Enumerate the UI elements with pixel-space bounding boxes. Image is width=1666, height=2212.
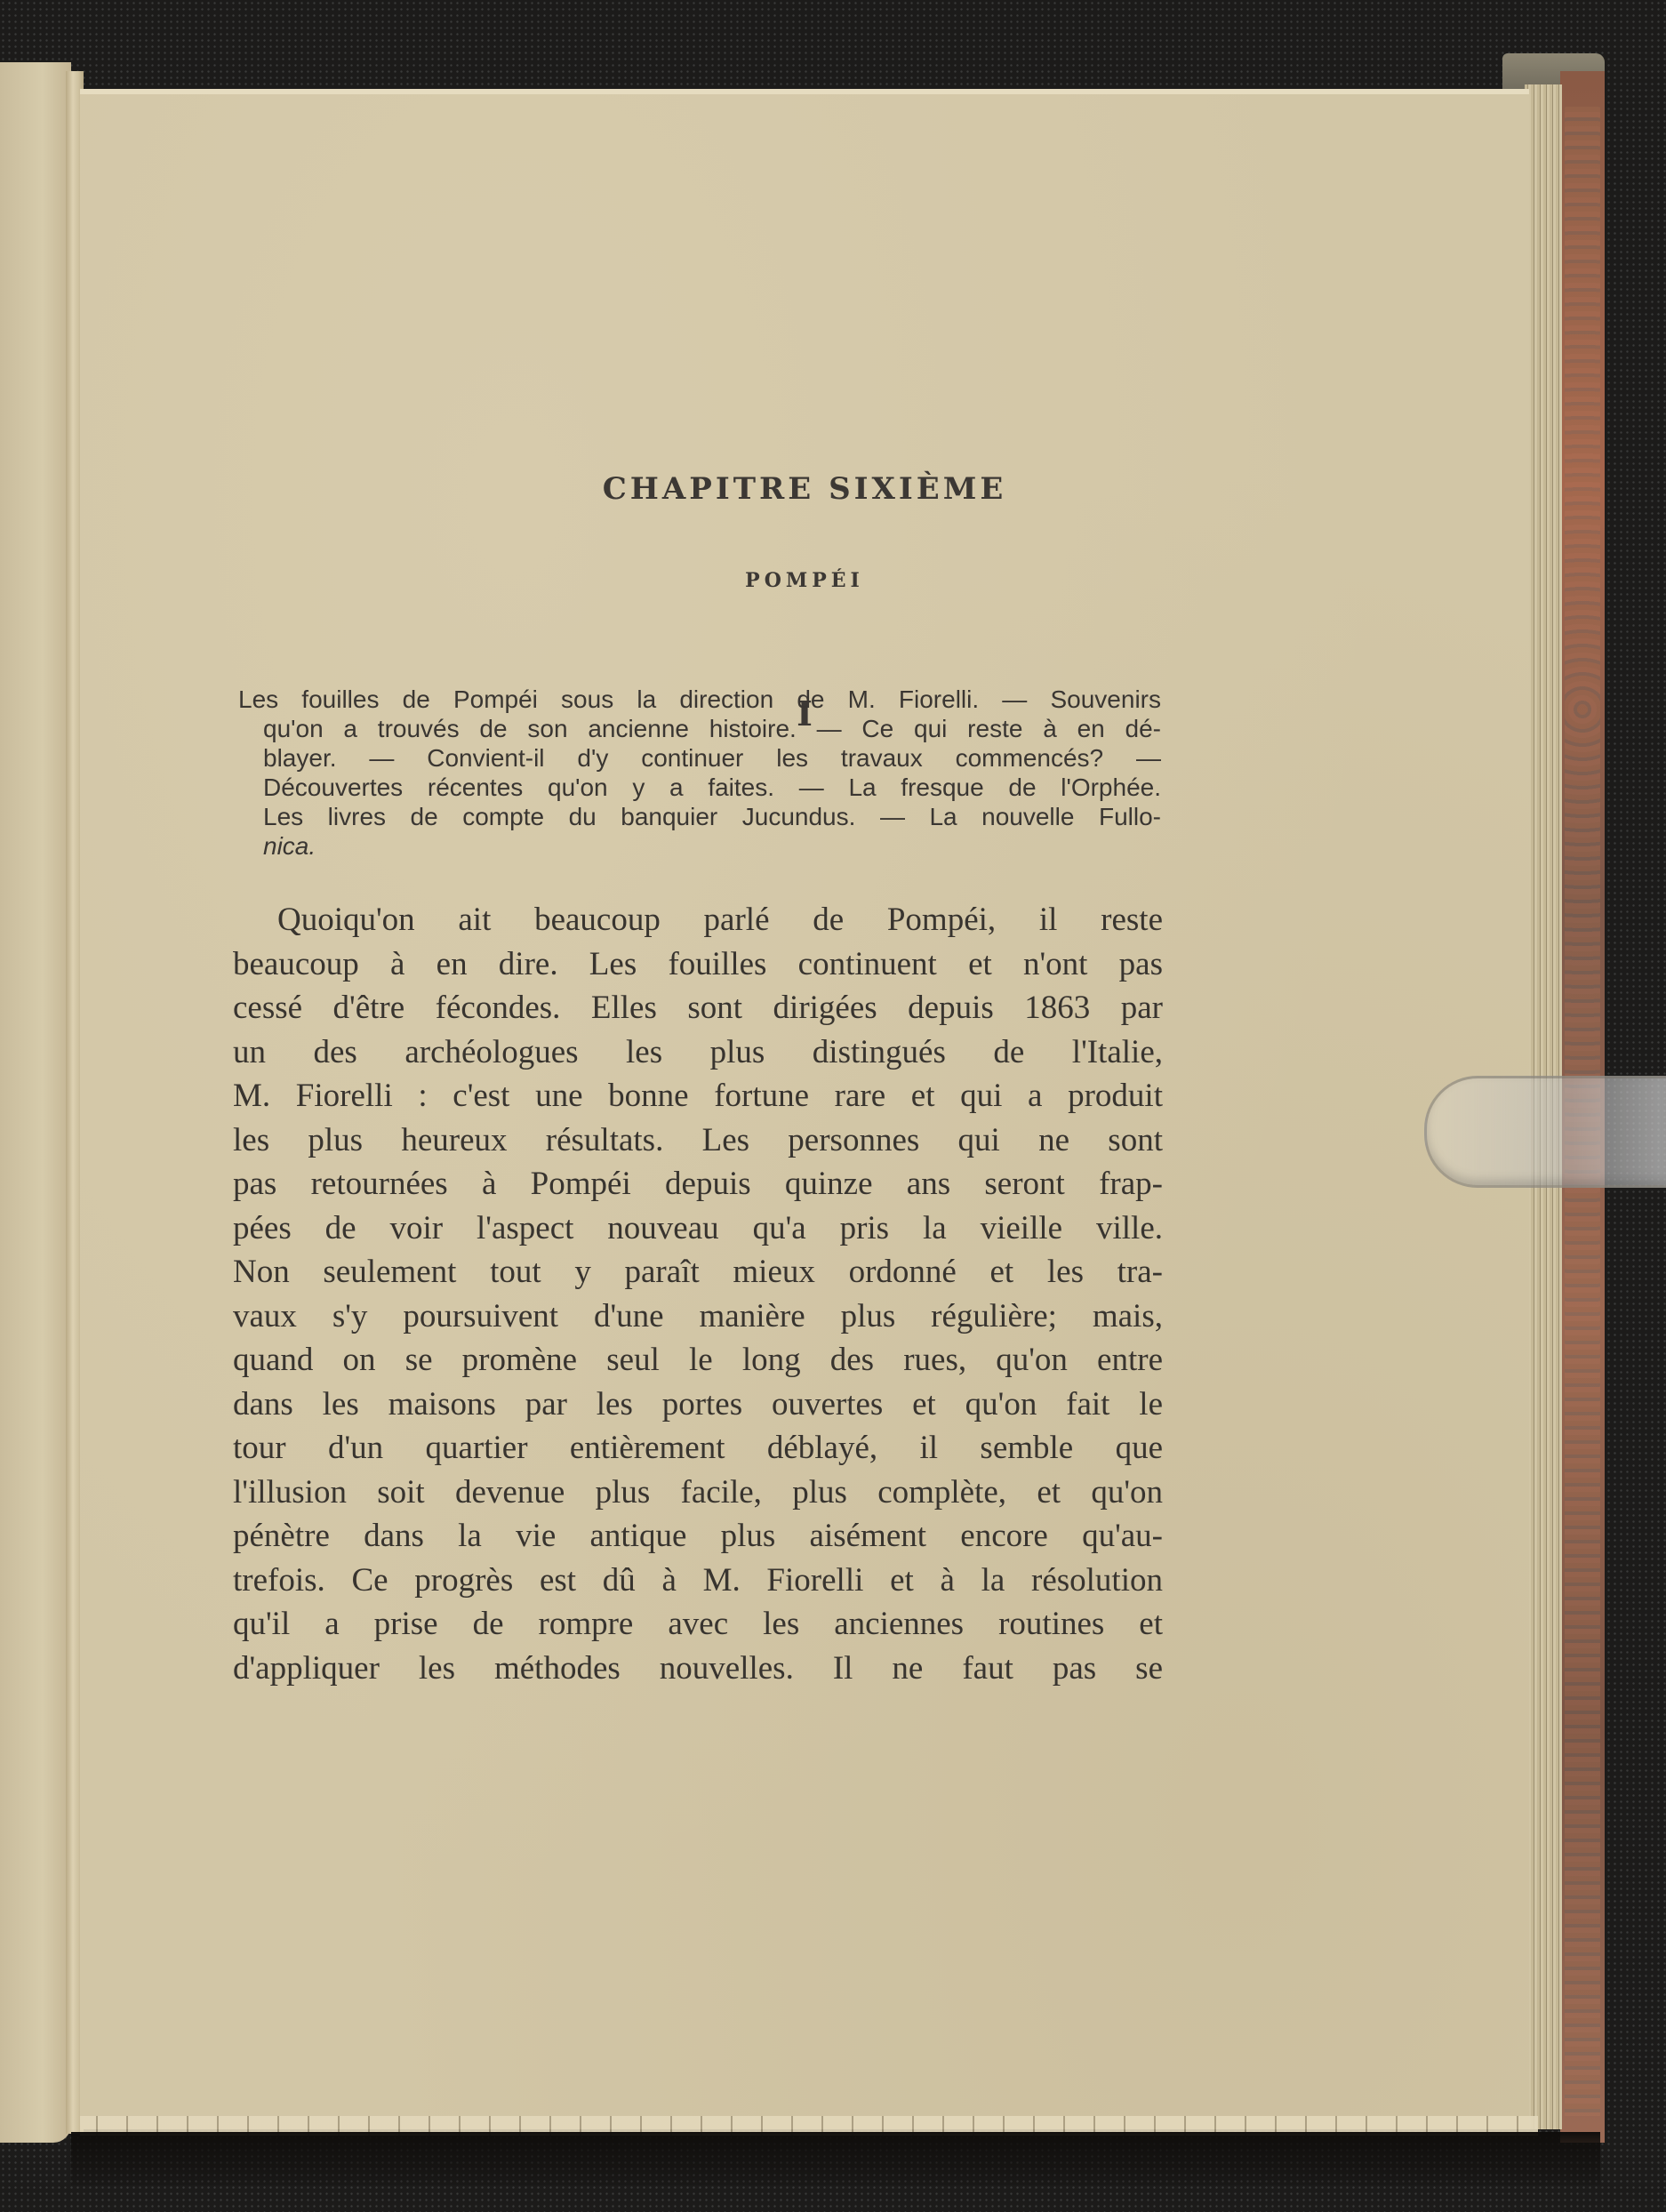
page-holder-clip	[1424, 1076, 1666, 1188]
body-line: dans les maisons par les portes ouvertes…	[233, 1382, 1163, 1427]
body-line: Quoiqu'on ait beaucoup parlé de Pompéi, …	[233, 898, 1163, 942]
body-line: pas retournées à Pompéi depuis quinze an…	[233, 1162, 1163, 1206]
body-line: cessé d'être fécondes. Elles sont dirigé…	[233, 986, 1163, 1030]
chapter-title: POMPÉI	[80, 569, 1529, 592]
summary-line: Les fouilles de Pompéi sous la direction…	[238, 685, 1161, 714]
bottom-shadow	[71, 2132, 1600, 2185]
body-line: d'appliquer les méthodes nouvelles. Il n…	[233, 1647, 1163, 1691]
body-line: pénètre dans la vie antique plus aisémen…	[233, 1514, 1163, 1559]
body-line: un des archéologues les plus distingués …	[233, 1030, 1163, 1075]
summary-line: nica.	[238, 831, 1161, 861]
summary-italic: nica.	[263, 832, 316, 860]
body-line: Non seulement tout y paraît mieux ordonn…	[233, 1250, 1163, 1294]
body-line: quand on se promène seul le long des rue…	[233, 1338, 1163, 1382]
summary-line: Les livres de compte du banquier Jucundu…	[238, 802, 1161, 831]
summary-line: blayer. — Convient-il d'y continuer les …	[238, 743, 1161, 773]
summary-line: Découvertes récentes qu'on y a faites. —…	[238, 773, 1161, 802]
body-line: trefois. Ce progrès est dû à M. Fiorelli…	[233, 1559, 1163, 1603]
body-line: qu'il a prise de rompre avec les ancienn…	[233, 1602, 1163, 1647]
body-line: les plus heureux résultats. Les personne…	[233, 1118, 1163, 1163]
body-line: M. Fiorelli : c'est une bonne fortune ra…	[233, 1074, 1163, 1118]
body-line: l'illusion soit devenue plus facile, plu…	[233, 1471, 1163, 1515]
body-line: beaucoup à en dire. Les fouilles continu…	[233, 942, 1163, 987]
body-line: pées de voir l'aspect nouveau qu'a pris …	[233, 1206, 1163, 1251]
left-page-edge	[0, 62, 71, 2143]
chapter-heading: CHAPITRE SIXIÈME	[80, 471, 1529, 507]
body-line: tour d'un quartier entièrement déblayé, …	[233, 1426, 1163, 1471]
summary-line: qu'on a trouvés de son ancienne histoire…	[238, 714, 1161, 743]
body-line: vaux s'y poursuivent d'une manière plus …	[233, 1294, 1163, 1339]
body-paragraph: Quoiqu'on ait beaucoup parlé de Pompéi, …	[233, 898, 1163, 1690]
chapter-summary: Les fouilles de Pompéi sous la direction…	[238, 685, 1161, 861]
